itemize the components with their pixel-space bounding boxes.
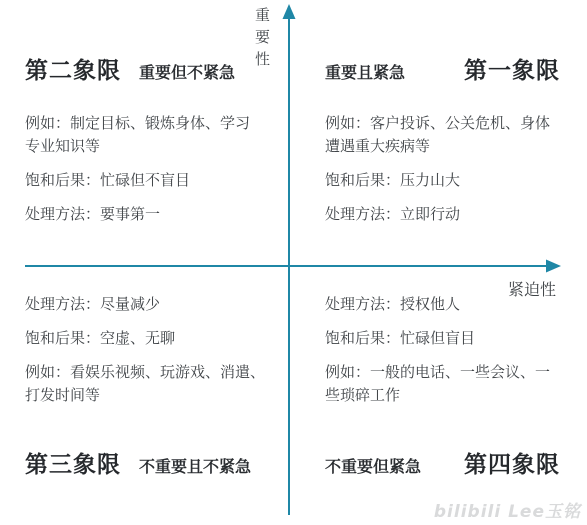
quadrant-3-header: 第三象限 不重要且不紧急: [25, 446, 251, 479]
quadrant-3-body: 处理方法：尽量减少 饱和后果：空虚、无聊 例如：看娱乐视频、玩游戏、消遣、 打发…: [25, 293, 287, 418]
quadrant-2-consequence: 饱和后果：忙碌但不盲目: [25, 169, 287, 192]
quadrant-diagram: 重要性 紧迫性 第二象限 重要但不紧急 重要且紧急 第一象限 例如：制定目标、锻…: [0, 0, 587, 525]
quadrant-2-body: 例如：制定目标、锻炼身体、学习 专业知识等 饱和后果：忙碌但不盲目 处理方法：要…: [25, 112, 287, 237]
quadrant-4-consequence: 饱和后果：忙碌但盲目: [325, 327, 587, 350]
quadrant-4-method: 处理方法：授权他人: [325, 293, 587, 316]
bilibili-watermark: bilibili Lee玉铭: [434, 497, 581, 522]
quadrant-4-title: 第四象限: [464, 446, 560, 479]
quadrant-3-example: 例如：看娱乐视频、玩游戏、消遣、 打发时间等: [25, 361, 287, 407]
quadrant-3-title: 第三象限: [25, 446, 121, 479]
quadrant-4-body: 处理方法：授权他人 饱和后果：忙碌但盲目 例如：一般的电话、一些会议、一 些琐碎…: [325, 293, 587, 418]
quadrant-3-consequence: 饱和后果：空虚、无聊: [25, 327, 287, 350]
quadrant-2-method: 处理方法：要事第一: [25, 203, 287, 226]
quadrant-3-subtitle: 不重要且不紧急: [139, 454, 251, 477]
quadrant-2-subtitle: 重要但不紧急: [139, 60, 235, 83]
quadrant-3-method: 处理方法：尽量减少: [25, 293, 287, 316]
quadrant-4-header: 不重要但紧急 第四象限: [325, 446, 560, 479]
quadrant-2-example: 例如：制定目标、锻炼身体、学习 专业知识等: [25, 112, 287, 158]
quadrant-1-title: 第一象限: [464, 52, 560, 85]
quadrant-1-example: 例如：客户投诉、公关危机、身体 遭遇重大疾病等: [325, 112, 587, 158]
quadrant-2-title: 第二象限: [25, 52, 121, 85]
quadrant-4-example: 例如：一般的电话、一些会议、一 些琐碎工作: [325, 361, 587, 407]
right-arrow-icon: [546, 260, 561, 273]
quadrant-1-method: 处理方法：立即行动: [325, 203, 587, 226]
quadrant-1-body: 例如：客户投诉、公关危机、身体 遭遇重大疾病等 饱和后果：压力山大 处理方法：立…: [325, 112, 587, 237]
quadrant-2-header: 第二象限 重要但不紧急: [25, 52, 235, 85]
quadrant-4-subtitle: 不重要但紧急: [325, 454, 421, 477]
up-arrow-icon: [283, 4, 296, 19]
quadrant-1-consequence: 饱和后果：压力山大: [325, 169, 587, 192]
y-axis-label: 重要性: [252, 7, 273, 73]
quadrant-1-header: 重要且紧急 第一象限: [325, 52, 560, 85]
quadrant-1-subtitle: 重要且紧急: [325, 60, 405, 83]
